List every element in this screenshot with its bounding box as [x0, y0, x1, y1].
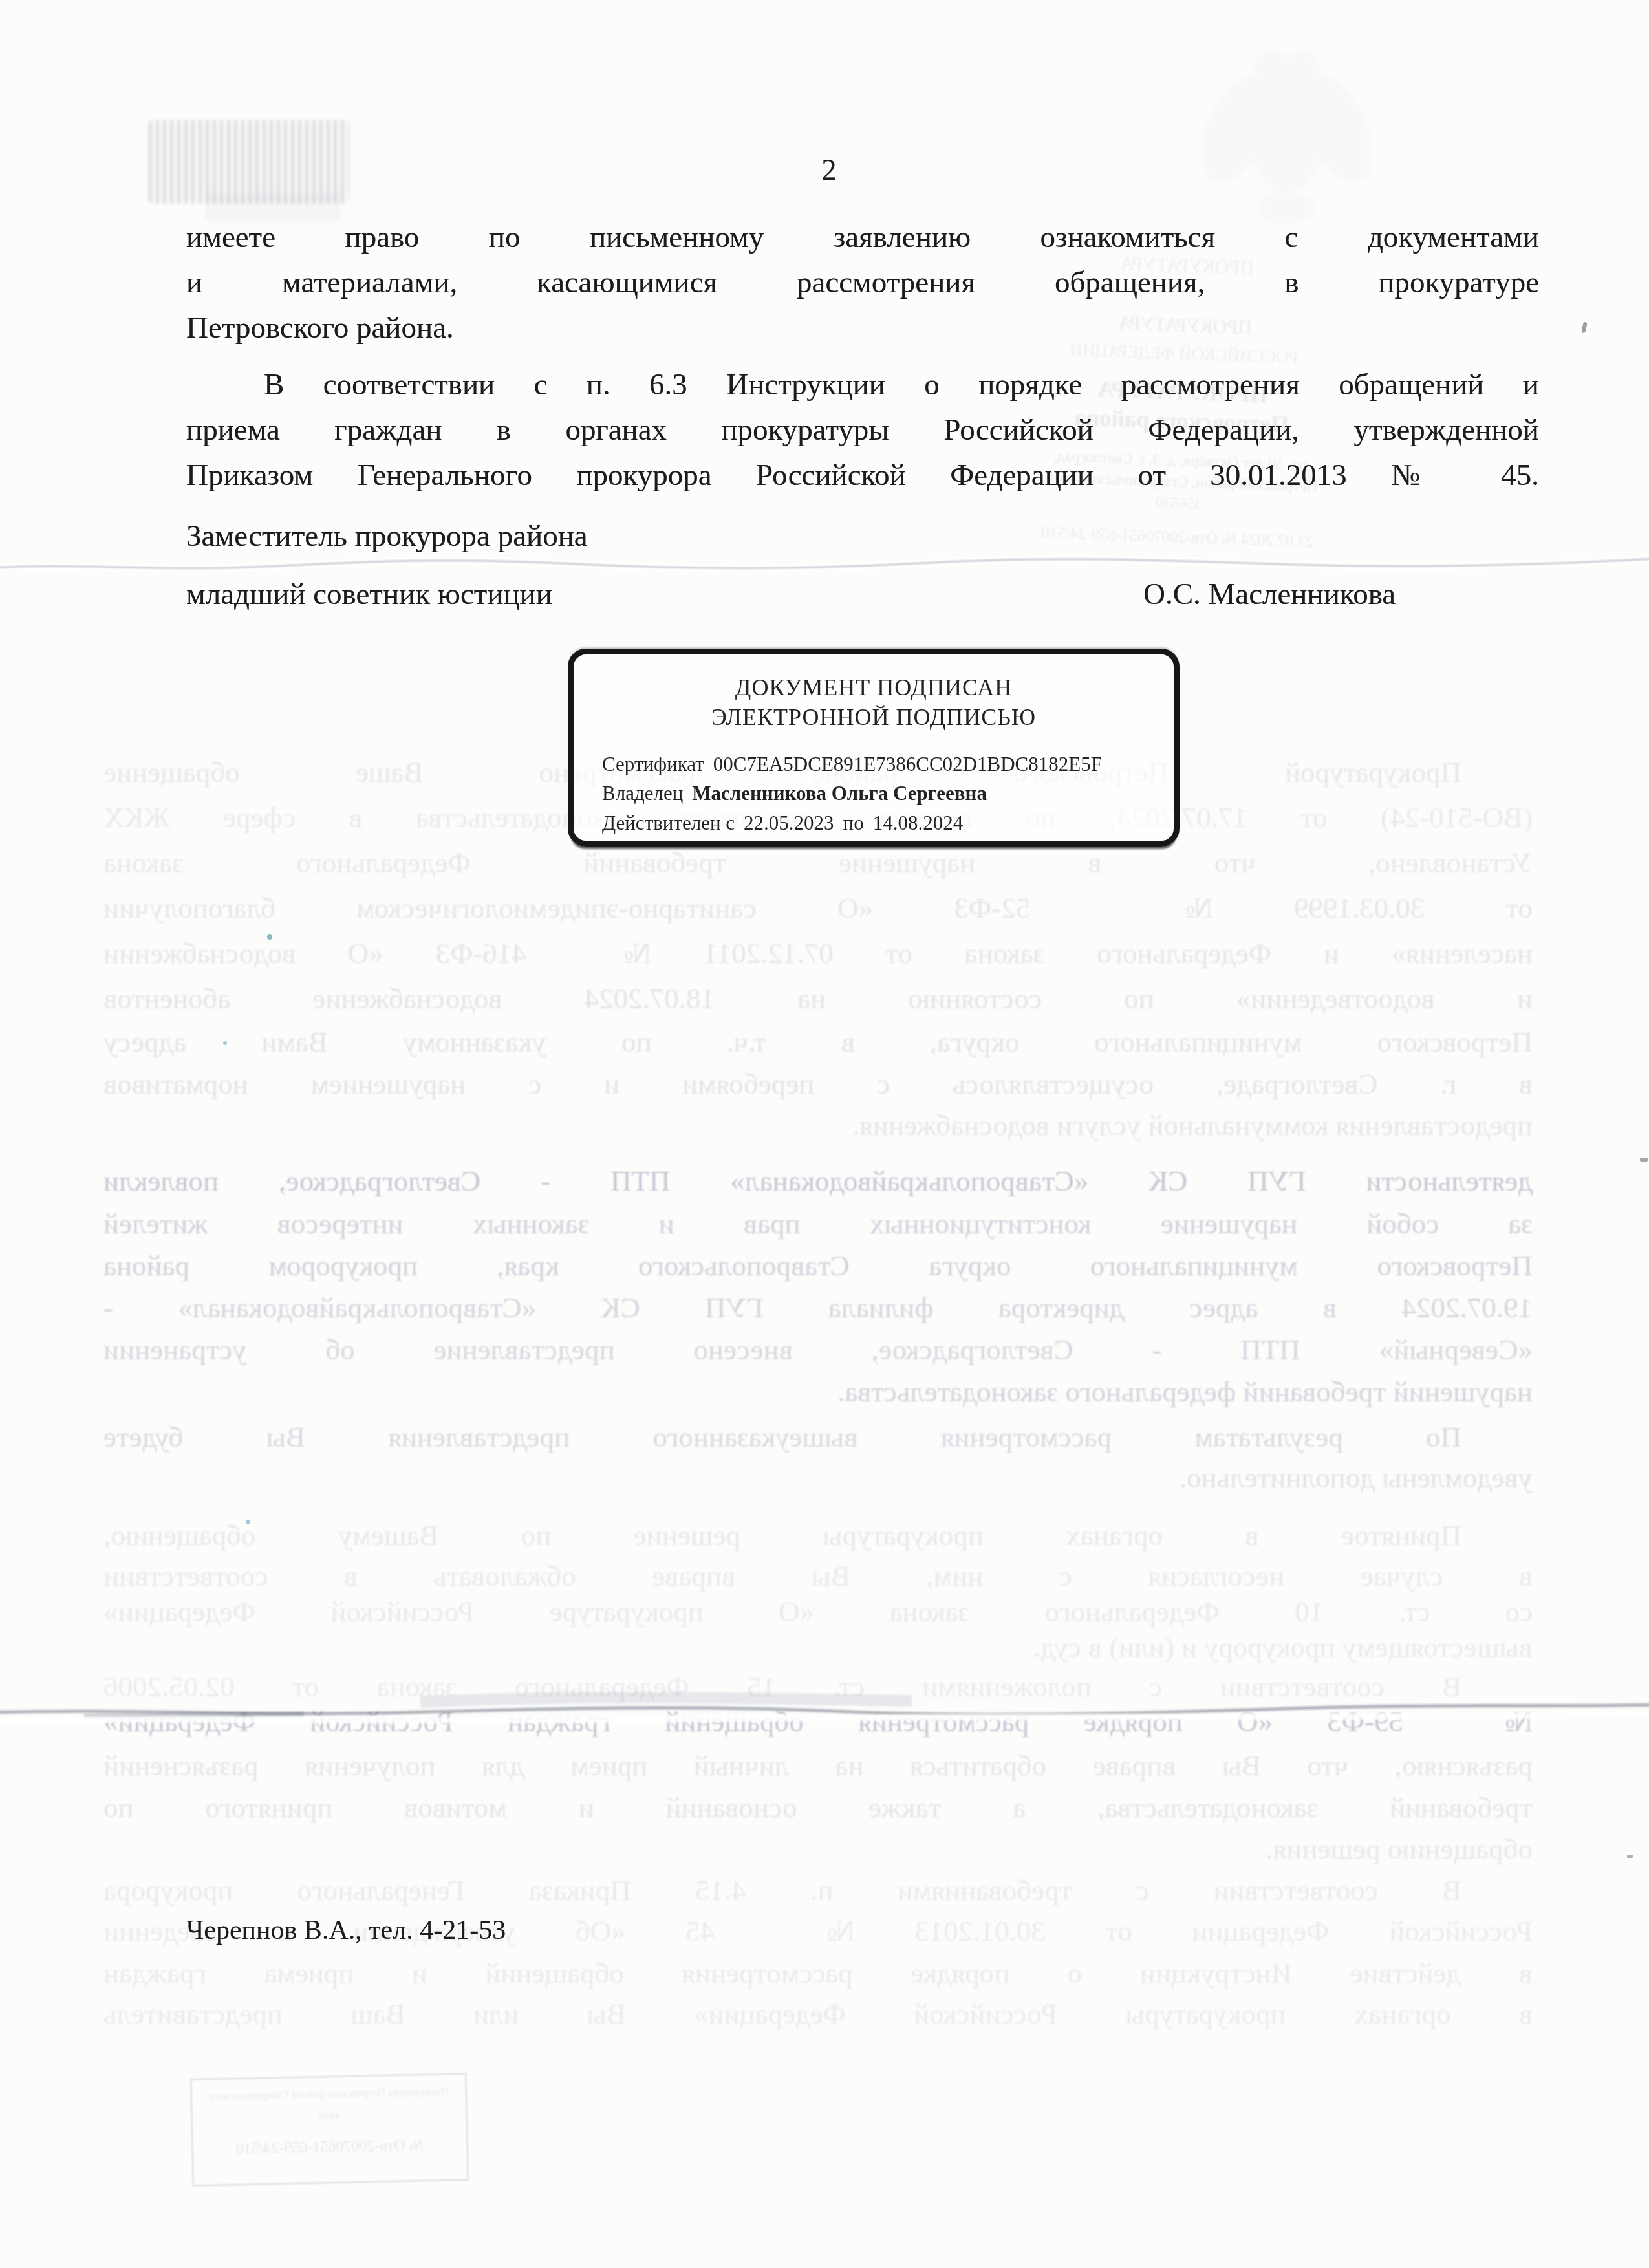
esign-validity-from: 22.05.2023 — [744, 812, 834, 834]
bleedthrough-text-line: требований законодательства, а также осн… — [103, 1791, 1533, 1824]
scanned-document-page: ПРОКУРАТУРАПРОКУРАТУРАРОССИЙСКОЙ ФЕДЕРАЦ… — [0, 0, 1649, 2268]
edge-mark — [1640, 1158, 1648, 1162]
bleedthrough-text-line: в случае несогласия с ним, Вы вправе обж… — [103, 1559, 1533, 1593]
edge-mark-2 — [1627, 1855, 1633, 1858]
bleedthrough-text-line: вышестоящему прокурору и (или) в суд. — [103, 1630, 1533, 1664]
page-number: 2 — [810, 147, 848, 193]
bleedthrough-text-line: «Северный» ПТП - Светлоградское, внесено… — [103, 1333, 1533, 1366]
bleedthrough-text-line: населения» и Федерального закона от 07.1… — [103, 936, 1533, 970]
teal-speck-2 — [223, 1041, 227, 1045]
esign-validity-label: Действителен с — [602, 812, 735, 834]
bleedthrough-text-line: и водоотведении» по состоянию на 18.07.2… — [103, 982, 1533, 1015]
bleedthrough-text-line: По результатам рассмотрения вышеуказанно… — [103, 1420, 1533, 1454]
bleedthrough-text-line: от 30.03.1999 № 52-ФЗ «О санитарно-эпиде… — [103, 891, 1533, 925]
bleedthrough-text-line: предоставления коммунальной услуги водос… — [103, 1108, 1533, 1142]
bleedthrough-text-line: Принятое в органах прокуратуры решение п… — [103, 1518, 1533, 1552]
body-paragraph2-line1: В соответствии с п. 6.3 Инструкции о пор… — [186, 362, 1539, 407]
teal-speck — [267, 934, 272, 940]
body-paragraph2-line2: приема граждан в органах прокуратуры Рос… — [186, 407, 1539, 453]
esign-stamp-box: ДОКУМЕНТ ПОДПИСАН ЭЛЕКТРОННОЙ ПОДПИСЬЮ С… — [568, 649, 1180, 847]
body-paragraph1-line2: и материалами, касающимися рассмотрения … — [186, 260, 1539, 305]
bleedthrough-text-line: в действие Инструкции о порядке рассмотр… — [103, 1956, 1533, 1990]
bleedthrough-text-line: за собой нарушение конституционных прав … — [103, 1207, 1533, 1240]
barcode-smudge-artifact — [149, 120, 349, 204]
bleedthrough-text-line: В соответствии с требованиями п. 4.15 Пр… — [103, 1874, 1533, 1907]
body-paragraph2-line3: Приказом Генерального прокурора Российск… — [186, 453, 1539, 498]
bleedthrough-text-line: № 59-ФЗ «О порядке рассмотрения обращени… — [103, 1705, 1533, 1738]
esign-validity-po: по — [843, 812, 864, 834]
paper-crease-lower — [0, 1680, 1649, 1738]
signature-name: О.С. Масленникова — [1143, 572, 1454, 617]
bleedthrough-stamp-box: Прокуратура Петровского района Ставропол… — [190, 2073, 468, 2187]
bleedthrough-text-line: Петровского муниципального округа Ставро… — [103, 1249, 1533, 1282]
blue-speck — [246, 1520, 250, 1524]
bleedthrough-text-line: в органах прокуратуры Российской Федерац… — [103, 1997, 1533, 2031]
bleedthrough-text-line: Установлено, что в нарушение требований … — [103, 846, 1533, 880]
bleedthrough-text-line: деятельности ГУП СК «Ставрополькрайводок… — [103, 1164, 1533, 1198]
bleedthrough-text-line: разъясняю, что Вы вправе обратиться на л… — [103, 1749, 1533, 1782]
esign-owner-row: ВладелецМасленникова Ольга Сергеевна — [602, 782, 1158, 805]
bleedthrough-text-line: В соответствии с положениями ст. 15 Феде… — [103, 1670, 1533, 1703]
coat-of-arms-ghost — [1203, 32, 1371, 233]
esign-title-line2: ЭЛЕКТРОННОЙ ПОДПИСЬЮ — [574, 704, 1174, 731]
body-paragraph1-line1: имеете право по письменному заявлению оз… — [186, 215, 1539, 260]
bleedthrough-stamp-line: Прокуратура Петровского района Ставропол… — [192, 2085, 466, 2104]
bleedthrough-text-line: Петровского муниципального округа, в т.ч… — [103, 1025, 1533, 1059]
esign-certificate-row: Сертификат00C7EA5DCE891E7386CC02D1BDC818… — [602, 753, 1158, 776]
bleedthrough-text-line: со ст. 10 Федерального закона «О прокура… — [103, 1595, 1533, 1628]
executor-contact: Черепнов В.А., тел. 4-21-53 — [186, 1908, 1539, 1953]
signature-position-title: Заместитель прокурора района — [186, 513, 1539, 559]
bleedthrough-letterhead: ПРОКУРАТУРАПРОКУРАТУРАРОССИЙСКОЙ ФЕДЕРАЦ… — [970, 0, 1423, 8]
body-paragraph1-line3: Петровского района. — [186, 305, 1539, 351]
ink-speck — [1581, 322, 1587, 334]
esign-certificate-label: Сертификат — [602, 753, 704, 775]
esign-title-line1: ДОКУМЕНТ ПОДПИСАН — [574, 674, 1174, 701]
esign-owner-label: Владелец — [602, 782, 683, 805]
bleedthrough-text-line: уведомлены дополнительно. — [103, 1461, 1533, 1495]
bleedthrough-stamp-line: № Отв-20070651-659-24/510 — [193, 2136, 466, 2159]
bleedthrough-text-line: обращению решения. — [103, 1832, 1533, 1866]
esign-owner-name: Масленникова Ольга Сергеевна — [692, 782, 987, 805]
bleedthrough-text-line: нарушений требований федерального законо… — [103, 1375, 1533, 1409]
bleedthrough-text-line: в г. Светлограде, осуществлялось с переб… — [103, 1067, 1533, 1101]
esign-certificate-value: 00C7EA5DCE891E7386CC02D1BDC8182E5F — [713, 753, 1102, 775]
esign-validity-to: 14.08.2024 — [873, 812, 964, 834]
bleedthrough-stamp-line: края — [192, 2106, 466, 2124]
esign-validity-row: Действителен с22.05.2023по14.08.2024 — [602, 812, 1158, 835]
bleedthrough-text-line: 19.07.2024 в адрес директора филиала ГУП… — [103, 1291, 1533, 1324]
